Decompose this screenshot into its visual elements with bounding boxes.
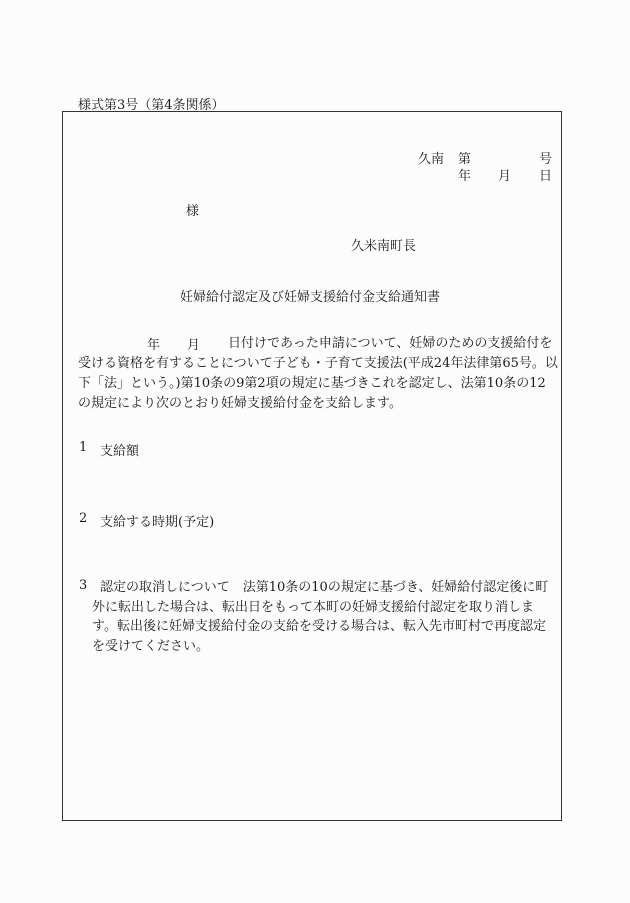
item-2-label: 支給する時期(予定)	[100, 511, 214, 530]
item-1-label: 支給額	[100, 440, 139, 459]
issuer-name: 久米南町長	[351, 235, 416, 254]
item-2-number: 2	[79, 511, 87, 526]
header-date-day: 日	[539, 165, 552, 184]
doc-number-prefix: 久南	[418, 148, 444, 167]
document-title: 妊婦給付認定及び妊婦支援給付金支給通知書	[180, 286, 440, 305]
item-1-number: 1	[79, 440, 87, 455]
document-frame	[62, 111, 562, 821]
item-3-number: 3	[79, 578, 87, 593]
body-paragraph: 日付けであった申請について、妊婦のための支援給付を受ける資格を有することについて…	[78, 334, 558, 414]
recipient-suffix: 様	[186, 200, 199, 219]
header-date-year: 年	[458, 165, 471, 184]
header-date-month: 月	[498, 165, 511, 184]
item-3-text: 認定の取消しについて 法第10条の10の規定に基づき、妊婦給付認定後に町外に転出…	[92, 578, 556, 656]
